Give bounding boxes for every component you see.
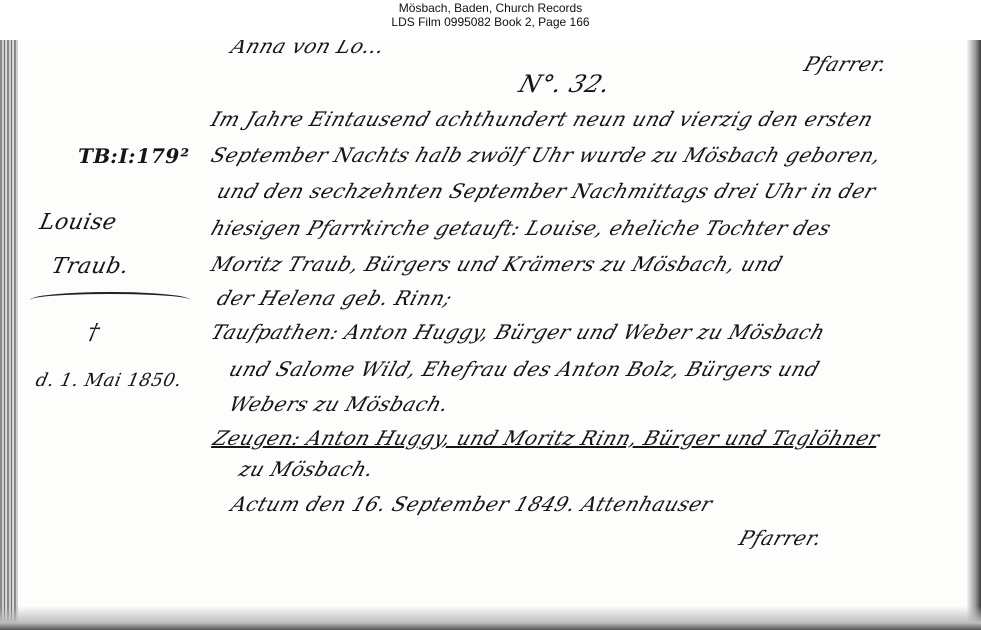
- record-line-5: Moritz Traub, Bürgers und Krämers zu Mös…: [208, 252, 786, 276]
- record-line-12-actum: Actum den 16. September 1849. Attenhause…: [228, 492, 716, 516]
- scanned-record-page: Anna von Lö... Pfarrer. N°. 32. Im Jahre…: [0, 40, 981, 630]
- death-cross-icon: †: [85, 320, 102, 345]
- caption-film-reference: LDS Film 0995082 Book 2, Page 166: [0, 15, 981, 29]
- pastor-signature-title: Pfarrer.: [736, 526, 825, 550]
- margin-death-date: d. 1. Mai 1850.: [34, 370, 184, 391]
- book-binding-edge: [0, 40, 18, 630]
- top-fragment: Anna von Lö...: [228, 40, 388, 58]
- caption-title: Mösbach, Baden, Church Records: [0, 1, 981, 15]
- record-line-7-godparents: Taufpathen: Anton Huggy, Bürger und Webe…: [208, 320, 828, 344]
- margin-reference: TB:I:179²: [75, 144, 191, 168]
- page-bottom-edge: [0, 606, 981, 630]
- record-line-1: Im Jahre Eintausend achthundert neun und…: [208, 107, 876, 131]
- margin-given-name: Louise: [37, 210, 119, 235]
- caption: Mösbach, Baden, Church Records LDS Film …: [0, 0, 981, 41]
- record-line-6: der Helena geb. Rinn;: [214, 286, 456, 310]
- record-line-10-witnesses: Zeugen: Anton Huggy, und Moritz Rinn, Bü…: [210, 426, 883, 450]
- margin-surname: Traub.: [49, 254, 131, 279]
- margin-brace: [30, 292, 190, 308]
- record-line-11: zu Mösbach.: [236, 457, 377, 481]
- record-line-2: September Nachts halb zwölf Uhr wurde zu…: [208, 143, 884, 167]
- previous-signature-pfarrer: Pfarrer.: [801, 52, 890, 76]
- record-number: N°. 32.: [515, 70, 614, 98]
- page-right-edge: [967, 40, 981, 630]
- record-line-8: und Salome Wild, Ehefrau des Anton Bolz,…: [226, 357, 823, 381]
- record-line-4: hiesigen Pfarrkirche getauft: Louise, eh…: [208, 216, 834, 240]
- record-line-3: und den sechzehnten September Nachmittag…: [214, 179, 879, 203]
- record-line-9: Webers zu Mösbach.: [226, 392, 452, 416]
